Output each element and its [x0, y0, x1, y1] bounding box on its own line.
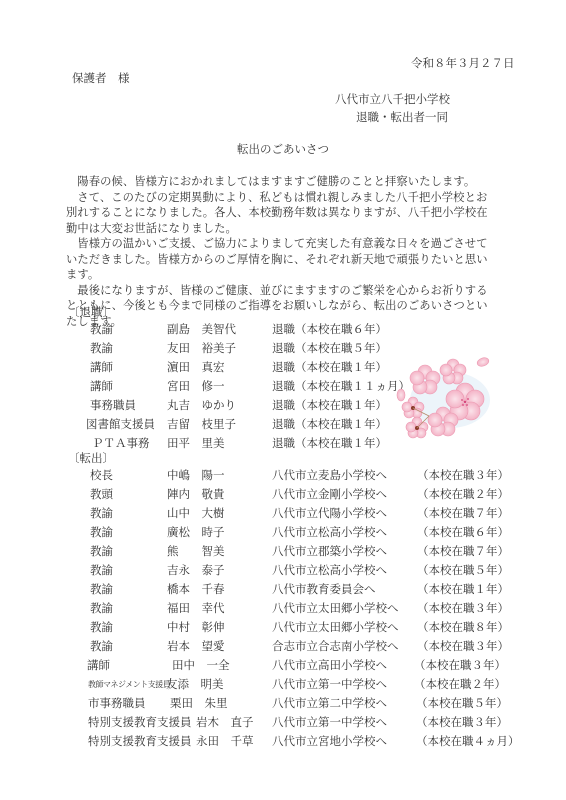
- tenure: （本校在職３年）: [417, 600, 509, 616]
- list-item: 教諭 福田 幸代 八代市立太田郷小学校へ （本校在職３年）: [0, 600, 566, 617]
- role: 図書館支援員: [86, 416, 155, 432]
- role: 教頭: [90, 486, 113, 502]
- person-name: 福田 幸代: [167, 600, 225, 616]
- list-item: 教諭 岩本 望愛 合志市立合志南小学校へ （本校在職３年）: [0, 638, 566, 655]
- tenure: （本校在職３年）: [414, 657, 506, 673]
- status: 退職（本校在職６年）: [272, 321, 387, 337]
- tenure: （本校在職３年）: [417, 467, 509, 483]
- list-item: 市事務職員 栗田 朱里 八代市立第二中学校へ （本校在職５年）: [0, 695, 566, 712]
- person-name: 岩本 望愛: [167, 638, 225, 654]
- tenure: （本校在職７年）: [417, 505, 509, 521]
- list-item: 教諭 山中 大樹 八代市立代陽小学校へ （本校在職７年）: [0, 505, 566, 522]
- tenure: （本校在職４ヵ月）: [416, 733, 520, 749]
- person-name: 吉永 泰子: [167, 562, 225, 578]
- person-name: 山中 大樹: [167, 505, 225, 521]
- list-item: 講師 田中 一全 八代市立高田小学校へ （本校在職３年）: [0, 657, 566, 674]
- person-name: 中村 彰伸: [167, 619, 225, 635]
- person-name: 陣内 敬貴: [167, 486, 225, 502]
- destination: 八代市立代陽小学校へ: [272, 505, 387, 521]
- person-name: 栗田 朱里: [170, 695, 228, 711]
- role: 教諭: [90, 600, 113, 616]
- list-item: 教諭 副島 美智代 退職（本校在職６年）: [0, 321, 566, 338]
- person-name: 副島 美智代: [167, 321, 236, 337]
- person-name: 田中 一全: [172, 657, 230, 673]
- person-name: 友田 裕美子: [167, 340, 236, 356]
- status: 退職（本校在職１年）: [272, 397, 387, 413]
- destination: 八代市立太田郷小学校へ: [272, 619, 399, 635]
- tenure: （本校在職３年）: [416, 714, 508, 730]
- person-name: 田平 里美: [167, 435, 225, 451]
- tenure: （本校在職５年）: [417, 562, 509, 578]
- list-item: 教師マネジメント支援員 友添 明美 八代市立第一中学校へ （本校在職２年）: [0, 676, 566, 693]
- destination: 八代市立金剛小学校へ: [272, 486, 387, 502]
- tenure: （本校在職２年）: [414, 676, 506, 692]
- addressee: 保護者 様: [72, 70, 130, 86]
- role: 校長: [90, 467, 113, 483]
- list-item: 教諭 吉永 泰子 八代市立松高小学校へ （本校在職５年）: [0, 562, 566, 579]
- paragraph: さて、このたびの定期異動により、私どもは慣れ親しみました八千把小学校とお別れする…: [66, 190, 496, 237]
- role: 講師: [87, 657, 110, 673]
- status: 退職（本校在職１１ヵ月）: [272, 378, 410, 394]
- role: 講師: [90, 378, 113, 394]
- tenure: （本校在職６年）: [417, 524, 509, 540]
- role: 教師マネジメント支援員: [88, 679, 170, 690]
- destination: 八代市立第一中学校へ: [272, 676, 387, 692]
- tenure: （本校在職２年）: [417, 486, 509, 502]
- tenure: （本校在職３年）: [417, 638, 509, 654]
- status: 退職（本校在職１年）: [272, 416, 387, 432]
- destination: 八代市立松高小学校へ: [272, 562, 387, 578]
- role: 教諭: [90, 619, 113, 635]
- destination: 八代市立麦島小学校へ: [272, 467, 387, 483]
- person-name: 濵田 真宏: [167, 359, 225, 375]
- destination: 八代市立第二中学校へ: [272, 695, 387, 711]
- person-name: 廣松 時子: [167, 524, 225, 540]
- role: 教諭: [90, 524, 113, 540]
- role: 講師: [90, 359, 113, 375]
- person-name: 友添 明美: [166, 676, 224, 692]
- person-name: 丸吉 ゆかり: [167, 397, 236, 413]
- role: 教諭: [90, 505, 113, 521]
- person-name: 永田 千草: [196, 733, 254, 749]
- role: ＰＴＡ事務: [92, 435, 150, 451]
- list-item: 教諭 中村 彰伸 八代市立太田郷小学校へ （本校在職８年）: [0, 619, 566, 636]
- list-item: 教諭 熊 智美 八代市立郡築小学校へ （本校在職７年）: [0, 543, 566, 560]
- role: 特別支援教育支援員: [88, 733, 192, 749]
- paragraph: 皆様方の温かいご支援、ご協力によりまして充実した有意義な日々を過ごさせていただき…: [66, 236, 496, 283]
- tenure: （本校在職５年）: [416, 695, 508, 711]
- list-item: 特別支援教育支援員 永田 千草 八代市立宮地小学校へ （本校在職４ヵ月）: [0, 733, 566, 750]
- role: 教諭: [90, 562, 113, 578]
- destination: 八代市立宮地小学校へ: [272, 733, 387, 749]
- destination: 合志市立合志南小学校へ: [272, 638, 399, 654]
- tenure: （本校在職８年）: [417, 619, 509, 635]
- role: 特別支援教育支援員: [88, 714, 192, 730]
- school-name: 八代市立八千把小学校: [335, 91, 450, 107]
- transfer-section-label: 〔転出〕: [68, 450, 114, 466]
- signer: 退職・転出者一同: [356, 109, 448, 125]
- page-title: 転出のごあいさつ: [0, 141, 566, 157]
- tenure: （本校在職７年）: [417, 543, 509, 559]
- tenure: （本校在職１年）: [417, 581, 509, 597]
- person-name: 橋本 千春: [167, 581, 225, 597]
- role: 市事務職員: [88, 695, 146, 711]
- status: 退職（本校在職５年）: [272, 340, 387, 356]
- destination: 八代市立高田小学校へ: [272, 657, 387, 673]
- list-item: 校長 中嶋 陽一 八代市立麦島小学校へ （本校在職３年）: [0, 467, 566, 484]
- status: 退職（本校在職１年）: [272, 435, 387, 451]
- destination: 八代市立第一中学校へ: [272, 714, 387, 730]
- role: 教諭: [90, 321, 113, 337]
- role: 教諭: [90, 340, 113, 356]
- person-name: 中嶋 陽一: [167, 467, 225, 483]
- greeting-body: 陽春の候、皆様方におかれましてはますますご健勝のことと拝察いたします。 さて、こ…: [66, 174, 496, 329]
- role: 事務職員: [90, 397, 136, 413]
- person-name: 熊 智美: [167, 543, 225, 559]
- person-name: 岩木 直子: [196, 714, 254, 730]
- person-name: 宮田 修一: [167, 378, 225, 394]
- list-item: 特別支援教育支援員 岩木 直子 八代市立第一中学校へ （本校在職３年）: [0, 714, 566, 731]
- status: 退職（本校在職１年）: [272, 359, 387, 375]
- list-item: 教諭 橋本 千春 八代市教育委員会へ （本校在職１年）: [0, 581, 566, 598]
- destination: 八代市立郡築小学校へ: [272, 543, 387, 559]
- person-name: 吉留 枝里子: [167, 416, 236, 432]
- role: 教諭: [90, 543, 113, 559]
- role: 教諭: [90, 638, 113, 654]
- retirement-section-label: 〔退職〕: [68, 304, 114, 320]
- paragraph: 陽春の候、皆様方におかれましてはますますご健勝のことと拝察いたします。: [66, 174, 496, 190]
- destination: 八代市立松高小学校へ: [272, 524, 387, 540]
- document-date: 令和８年３月２７日: [411, 55, 515, 71]
- cherry-blossom-icon: [395, 350, 505, 445]
- list-item: 教諭 廣松 時子 八代市立松高小学校へ （本校在職６年）: [0, 524, 566, 541]
- destination: 八代市教育委員会へ: [272, 581, 376, 597]
- list-item: 教頭 陣内 敬貴 八代市立金剛小学校へ （本校在職２年）: [0, 486, 566, 503]
- destination: 八代市立太田郷小学校へ: [272, 600, 399, 616]
- role: 教諭: [90, 581, 113, 597]
